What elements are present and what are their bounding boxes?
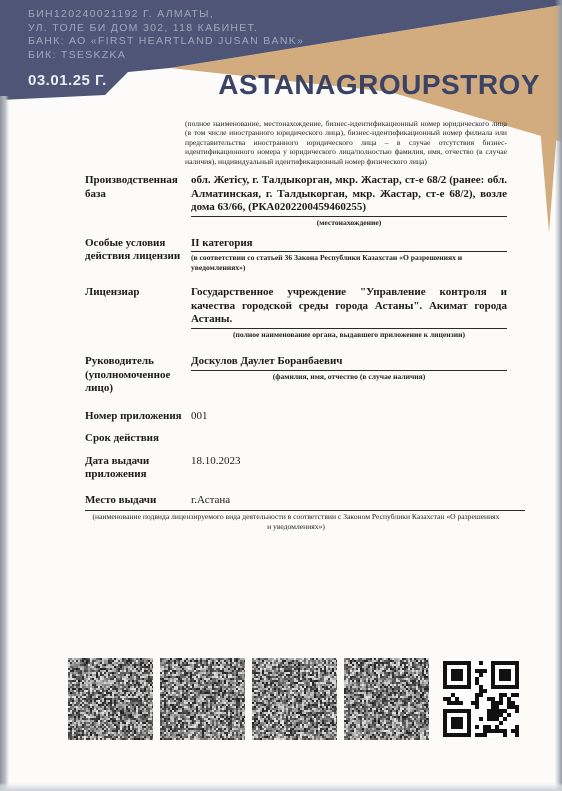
license-appendix-body: (полное наименование, местонахождение, б… xyxy=(85,119,507,531)
field-label: Производственная база xyxy=(85,174,191,201)
field-value-wrap: обл. Жетісу, г. Талдыкорган, мкр. Жастар… xyxy=(191,174,507,227)
field-value-wrap: Доскулов Даулет Боранбаевич (фамилия, им… xyxy=(191,355,507,381)
field-value-wrap: II категория (в соответствии со статьей … xyxy=(191,237,507,272)
field-value: II категория xyxy=(191,237,507,253)
document-date: 03.01.25 Г. xyxy=(28,72,107,89)
qr-code xyxy=(443,661,519,737)
company-bank: БАНК: АО «FIRST HEARTLAND JUSAN BANK» xyxy=(28,35,358,49)
field-value: Доскулов Даулет Боранбаевич xyxy=(191,355,507,371)
field-note: (местонахождение) xyxy=(191,217,507,227)
company-bin-city: БИН120240021192 Г. АЛМАТЫ, xyxy=(28,8,358,22)
field-label: Срок действия xyxy=(85,432,191,446)
company-street: УЛ. ТОЛЕ БИ ДОМ 302, 118 КАБИНЕТ. xyxy=(28,22,358,36)
field-issue-date: Дата выдачи приложения 18.10.2023 xyxy=(85,455,507,482)
field-head-person: Руководитель (уполномоченное лицо) Доску… xyxy=(85,355,507,396)
photo-edge-left xyxy=(0,96,9,791)
field-special-conditions: Особые условия действия лицензии II кате… xyxy=(85,237,507,272)
field-issue-place: Место выдачи г.Астана xyxy=(85,494,507,508)
datamatrix-barcode-4 xyxy=(344,658,429,740)
field-value: 18.10.2023 xyxy=(191,455,507,469)
field-licensor: Лицензиар Государственное учреждение "Уп… xyxy=(85,286,507,339)
company-bik: БИК: TSESKZKA xyxy=(28,49,358,63)
field-value: Государственное учреждение "Управление к… xyxy=(191,286,507,329)
field-label: Место выдачи xyxy=(85,494,191,508)
field-label: Лицензиар xyxy=(85,286,191,300)
company-logo: ASTANAGROUPSTROY xyxy=(218,69,540,101)
field-value-wrap: Государственное учреждение "Управление к… xyxy=(191,286,507,339)
field-label: Дата выдачи приложения xyxy=(85,455,191,482)
photo-edge-bottom xyxy=(0,783,562,791)
datamatrix-barcode-2 xyxy=(160,658,245,740)
field-validity-period: Срок действия xyxy=(85,432,507,446)
datamatrix-barcode-3 xyxy=(252,658,337,740)
field-appendix-number: Номер приложения 001 xyxy=(85,410,507,424)
field-note: (полное наименование органа, выдавшего п… xyxy=(191,329,507,339)
field-note: (фамилия, имя, отчество (в случае наличи… xyxy=(191,371,507,381)
field-value: 001 xyxy=(191,410,507,424)
field-label: Номер приложения xyxy=(85,410,191,424)
machine-codes-strip xyxy=(68,658,519,740)
photo-edge-right xyxy=(555,0,562,791)
field-value: обл. Жетісу, г. Талдыкорган, мкр. Жастар… xyxy=(191,174,507,217)
field-value: г.Астана xyxy=(191,494,507,508)
field-label: Особые условия действия лицензии xyxy=(85,237,191,264)
field-note: (в соответствии со статьей 36 Закона Рес… xyxy=(191,252,507,272)
footer-legal-note: (наименование подвида лицензируемого вид… xyxy=(85,511,507,531)
document-page: БИН120240021192 Г. АЛМАТЫ, УЛ. ТОЛЕ БИ Д… xyxy=(0,0,562,791)
company-details: БИН120240021192 Г. АЛМАТЫ, УЛ. ТОЛЕ БИ Д… xyxy=(28,8,358,62)
field-label: Руководитель (уполномоченное лицо) xyxy=(85,355,191,396)
datamatrix-barcode-1 xyxy=(68,658,153,740)
intro-legal-note: (полное наименование, местонахождение, б… xyxy=(185,119,507,166)
field-production-base: Производственная база обл. Жетісу, г. Та… xyxy=(85,174,507,227)
